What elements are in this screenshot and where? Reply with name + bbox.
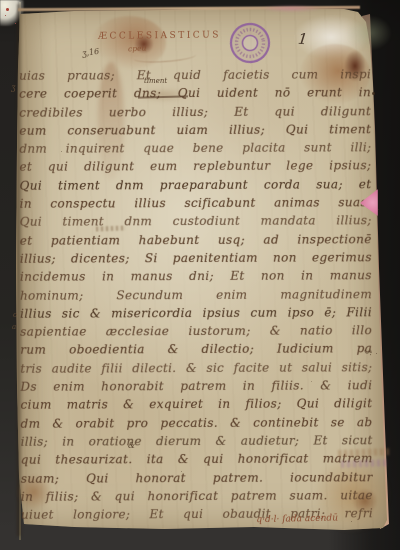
manuscript-line: hominum; Secundum enim magnitudinem: [20, 285, 372, 305]
manuscript-line: Ds enim honorabit patrem in filiis. & iu…: [20, 376, 372, 396]
manuscript-line: illius; dicentes; Si paenitentiam non eg…: [20, 248, 372, 268]
manuscript-line: illis; in oratione dierum & audietur; Et…: [21, 431, 373, 451]
title-annotation: cpeu: [128, 44, 147, 54]
text-block: uias prauas; Et quid facietis cum inspi …: [19, 65, 373, 524]
manuscript-line: in filiis; & qui honorificat patrem suam…: [21, 486, 373, 506]
stain-top-right-green: [346, 15, 392, 51]
interlinear-gloss: [96, 225, 126, 231]
library-stamp-icon: [224, 17, 276, 69]
manuscript-line: illius sic & misericordia ipsius cum ips…: [20, 303, 372, 323]
folio-number: 1: [297, 30, 308, 49]
margin-mark-left: ʒ: [11, 83, 16, 92]
manuscript-photo: æcclesiasticus cpeu ʒ,16 1 uias prauas; …: [0, 0, 400, 550]
interlinear-correction: timent: [144, 77, 167, 85]
manuscript-line: cere coeperit dns; Qui uident nō erunt i…: [19, 84, 371, 104]
manuscript-line: et patientiam habebunt usq; ad inspectio…: [20, 230, 372, 250]
manuscript-line: cium matris & exquiret in filios; Qui di…: [20, 395, 372, 415]
interlinear-ampersand: &: [128, 441, 135, 450]
manuscript-line: rum oboedientia & dilectio; Iudicium pa: [20, 340, 372, 360]
manuscript-line: suam; Qui honorat patrem. iocundabitur: [21, 468, 373, 488]
manuscript-line: dnm inquirent quae bene placita sunt ill…: [19, 138, 371, 158]
manuscript-line: Qui timent dnm praeparabunt corda sua; e…: [19, 175, 371, 195]
red-specks: [6, 8, 9, 11]
manuscript-line: sapientiae æcclesiae iustorum; & natio i…: [20, 321, 372, 341]
manuscript-line: in conspectu illius scificabunt animas s…: [20, 193, 372, 213]
manuscript-line: eum conseruabunt uiam illius; Qui timent: [19, 120, 371, 140]
manuscript-line: incidemus in manus dni; Et non in manus: [20, 266, 372, 286]
ink-specks: [372, 92, 375, 95]
manuscript-line: credibiles uerbo illius; Et qui diligunt: [19, 102, 371, 122]
pink-edge-smear: [262, 5, 320, 12]
manuscript-line: uias prauas; Et quid facietis cum inspi: [19, 65, 371, 85]
margin-mark-left: a: [12, 323, 16, 331]
manuscript-line: et qui diligunt eum replebuntur lege ips…: [19, 157, 371, 177]
manuscript-line: tris audite filii dilecti. & sic facite …: [20, 358, 372, 378]
manuscript-line: Qui timent dnm custodiunt mandata illius…: [20, 212, 372, 232]
margin-mark-left: o: [13, 311, 17, 319]
manuscript-line: qui thesaurizat. ita & qui honorificat m…: [21, 449, 373, 469]
manuscript-line: dm & orabit pro peccatis. & continebit s…: [21, 413, 373, 433]
